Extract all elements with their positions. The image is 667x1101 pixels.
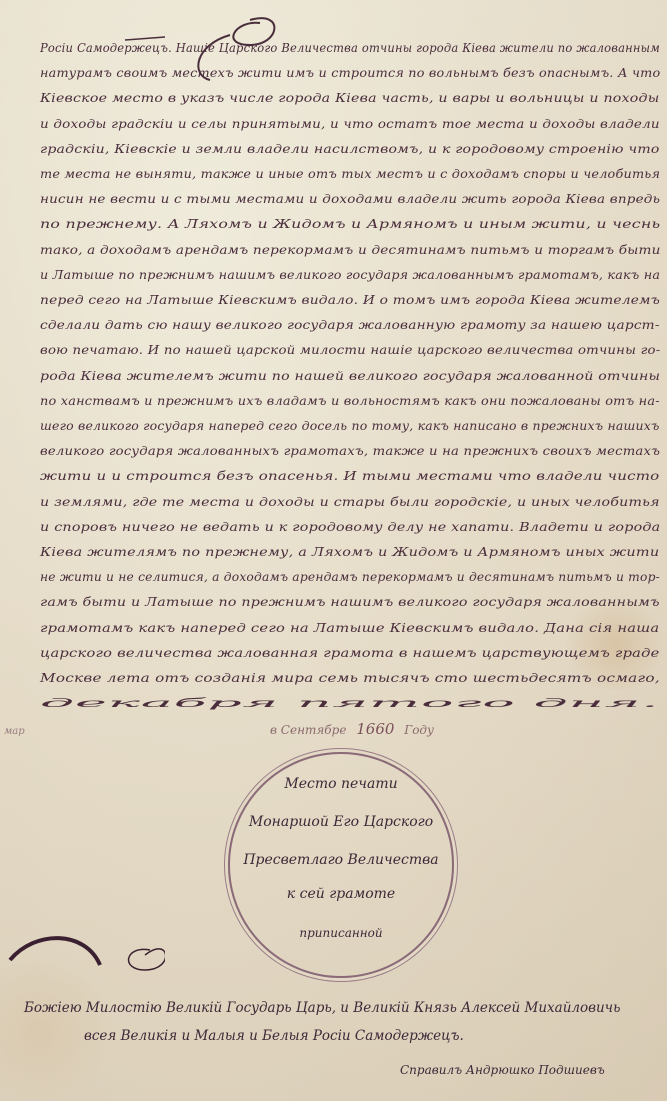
charter-text-line: и Латыше по прежнимъ нашимъ великого гос… bbox=[40, 267, 660, 282]
charter-text-line: Росiи Самодержецъ. Нашiе Царского Величе… bbox=[40, 40, 660, 55]
date-annotation-year: 1660 bbox=[356, 720, 394, 738]
document-page: Росiи Самодержецъ. Нашiе Царского Величе… bbox=[0, 0, 667, 1101]
charter-text-line: Кiевское место в указъ числе города Кiев… bbox=[40, 90, 660, 105]
charter-text-line: натурамъ своимъ местехъ жити имъ и строи… bbox=[40, 65, 660, 80]
seal-line: Пресветлаго Величества bbox=[230, 852, 452, 868]
charter-text-line: по прежнему. А Ляхомъ и Жидомъ и Армяном… bbox=[40, 216, 660, 231]
clerk-signature: Справилъ Андрюшко Подшиевъ bbox=[400, 1063, 605, 1077]
charter-text-line: царского величества жалованная грамота в… bbox=[40, 645, 660, 660]
charter-text-line: декабря пятого дня. bbox=[40, 695, 659, 710]
charter-text-line: Кiева жителямъ по прежнему, а Ляхомъ и Ж… bbox=[40, 544, 659, 559]
charter-text-line: Москве лета отъ созданiя мира семь тысяч… bbox=[40, 670, 660, 685]
charter-text-line: жити и и строится безъ опасенья. И тыми … bbox=[40, 468, 659, 483]
date-annotation-prefix: в Сентябре bbox=[270, 723, 346, 737]
charter-text-line: гамъ быти и Латыше по прежнимъ нашимъ ве… bbox=[40, 594, 660, 609]
charter-text-line: нисин не вести и с тыми местами и дохода… bbox=[40, 191, 660, 206]
charter-text-line: перед сего на Латыше Кiевскимъ видало. И… bbox=[40, 292, 660, 307]
seal-placeholder: Место печати Монаршой Его Царского Пресв… bbox=[228, 752, 454, 978]
charter-text-line: и землями, где те места и доходы и стары… bbox=[40, 494, 660, 509]
seal-line: приписанной bbox=[230, 926, 452, 940]
seal-line: к сей грамоте bbox=[230, 886, 452, 902]
charter-text-line: и споровъ ничего не ведать и к городовом… bbox=[40, 519, 660, 534]
charter-text-line: по ханствамъ и прежнимъ ихъ владамъ и во… bbox=[40, 393, 660, 408]
charter-text-line: сделали дать сю нашу великого государя ж… bbox=[40, 317, 660, 332]
charter-text-line: великого государя жалованныхъ грамотахъ,… bbox=[40, 443, 660, 458]
charter-text-line: те места не выняти, также и иные отъ тых… bbox=[40, 166, 660, 181]
signature-title-line1: Божiею Милостiю Великiй Государь Царь, и… bbox=[24, 1000, 620, 1016]
charter-text-line: шего великого государя наперед сего досе… bbox=[40, 418, 660, 433]
charter-text-line: не жити и не селитися, а доходамъ аренда… bbox=[40, 569, 660, 584]
charter-text-line: градскiи, Кiевскiе и земли владели насил… bbox=[40, 141, 660, 156]
charter-text-line: грамотамъ какъ наперед сего на Латыше Кi… bbox=[40, 620, 659, 635]
seal-line: Место печати bbox=[230, 776, 452, 792]
margin-note: мар bbox=[4, 726, 25, 737]
charter-text-line: и доходы градскiи и селы принятыми, и чт… bbox=[40, 116, 660, 131]
seal-line: Монаршой Его Царского bbox=[230, 814, 452, 830]
charter-text-line: тако, а доходамъ арендамъ перекормамъ и … bbox=[40, 242, 661, 257]
charter-text-line: вою печатаю. И по нашей царской милости … bbox=[40, 342, 660, 357]
signature-title-line2: всея Великiя и Малыя и Белыя Росiи Самод… bbox=[84, 1028, 464, 1044]
date-annotation: в Сентябре 1660 Году bbox=[270, 720, 434, 738]
charter-text-line: рода Кiева жителемъ жити по нашей велико… bbox=[40, 368, 660, 383]
date-annotation-suffix: Году bbox=[404, 723, 434, 737]
